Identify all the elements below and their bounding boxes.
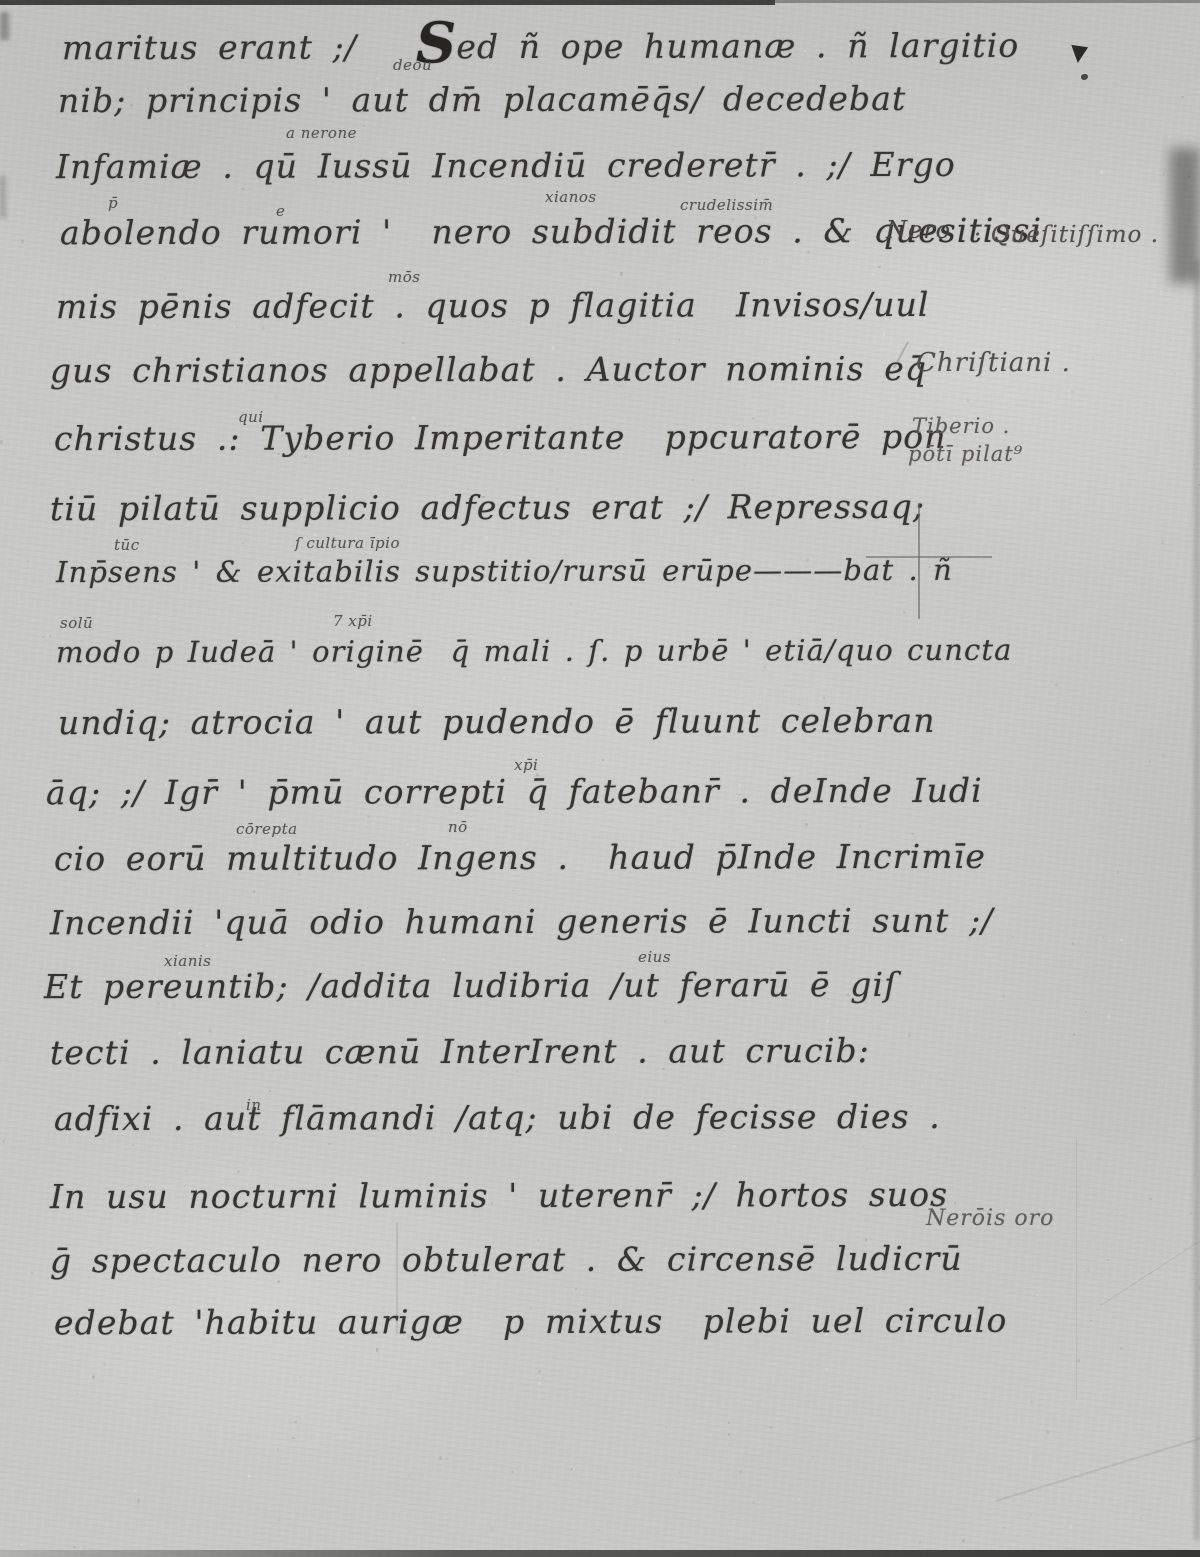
parchment-crease	[1076, 1140, 1077, 1400]
line-text: ḡ spectaculo nero obtulerat . & circensē…	[50, 1239, 963, 1280]
interlinear-gloss: ſ cultura īpio	[295, 534, 400, 552]
line-text: maritus erant ;/	[62, 27, 416, 67]
interlinear-gloss: e	[276, 202, 285, 220]
margin-note-quesitissimo: · Queſitiſſimo .	[974, 222, 1159, 248]
interlinear-gloss: xianis	[164, 952, 211, 970]
line-text: modo p Iudeā ' originē q̄ mali . ſ. p ur…	[56, 633, 1013, 670]
line-text: Infamiæ . qū Iussū Incendiū crederetr̄ .…	[56, 145, 956, 186]
edge-smudge	[0, 12, 9, 40]
text-line: christus .: Tyberio Imperitante ppcurato…	[54, 417, 947, 458]
interlinear-gloss: crudelissim̄	[680, 196, 773, 214]
interlinear-gloss: in	[246, 1096, 261, 1114]
margin-note-tiberio: Tiberio .	[912, 414, 1010, 438]
line-text: nib; principis ' aut dm̄ placamēq̄s/ dec…	[58, 79, 906, 120]
line-text: mis pēnis adfecit . quos p flagitia Invi…	[56, 285, 930, 326]
interlinear-gloss: a nerone	[286, 124, 357, 142]
text-line: gus christianos appellabat . Auctor nomi…	[50, 349, 927, 390]
line-text: Et pereuntib; /addita ludibria /ut ferar…	[44, 965, 898, 1006]
ink-dot-mark	[1081, 74, 1088, 80]
interlinear-gloss: deoū	[393, 56, 432, 74]
line-text: undiq; atrocia ' aut pudendo ē fluunt ce…	[58, 701, 936, 742]
parchment-crease	[396, 1222, 398, 1334]
interlinear-gloss: xp̄i	[514, 756, 538, 774]
parchment-scratch	[1100, 1205, 1200, 1307]
line-text: edebat 'habitu aurigæ p mixtus plebi uel…	[54, 1301, 1008, 1342]
interlinear-gloss: xianos	[545, 188, 597, 206]
interlinear-gloss: eius	[638, 948, 671, 966]
interlinear-gloss: p̄	[108, 194, 118, 212]
text-line: cio eorū multitudo Ingens . haud p̄Inde …	[54, 837, 986, 878]
text-line: Incendii 'quā odio humani generis ē Iunc…	[50, 901, 994, 942]
photo-edge-top	[775, 0, 1200, 3]
text-line: edebat 'habitu aurigæ p mixtus plebi uel…	[54, 1301, 1008, 1342]
text-line: Infamiæ . qū Iussū Incendiū crederetr̄ .…	[56, 145, 956, 186]
interlinear-gloss: solū	[60, 614, 93, 632]
line-text: tiū pilatū supplicio adfectus erat ;/ Re…	[50, 487, 925, 528]
text-line: adfixi . aut flāmandi /atq; ubi de fecis…	[54, 1097, 941, 1138]
text-line: undiq; atrocia ' aut pudendo ē fluunt ce…	[58, 701, 936, 742]
text-line: āq; ;/ Igr̄ ' p̄mū correpti q̄ fatebanr̄…	[46, 771, 983, 812]
interlinear-gloss: 7 xp̄i	[333, 612, 373, 630]
interlinear-gloss: qui	[238, 408, 264, 426]
margin-cross-mark	[866, 556, 992, 558]
edge-smudge	[0, 176, 6, 218]
ink-blot-mark	[1069, 45, 1088, 64]
line-text: christus .: Tyberio Imperitante ppcurato…	[54, 417, 947, 458]
line-text: āq; ;/ Igr̄ ' p̄mū correpti q̄ fatebanr̄…	[46, 771, 983, 812]
text-line: tiū pilatū supplicio adfectus erat ;/ Re…	[50, 487, 925, 528]
photo-edge-bottom	[0, 1550, 1200, 1557]
line-text: tecti . laniatu cænū InterIrent . aut cr…	[50, 1031, 870, 1072]
photo-edge-right	[1194, 260, 1200, 1540]
margin-cross-mark	[918, 503, 920, 619]
text-line: ḡ spectaculo nero obtulerat . & circensē…	[50, 1239, 963, 1280]
text-line: maritus erant ;/ Sed ñ ope humanæ . ñ la…	[62, 5, 1019, 74]
text-line: tecti . laniatu cænū InterIrent . aut cr…	[50, 1031, 870, 1072]
parchment-scratch	[995, 1424, 1200, 1502]
interlinear-gloss: nō	[448, 818, 468, 836]
line-text: Inp̄sens ' & exitabilis supstitio/rursū …	[56, 553, 953, 589]
manuscript-page-photo: maritus erant ;/ Sed ñ ope humanæ . ñ la…	[0, 0, 1200, 1557]
interlinear-gloss: cōrepta	[236, 820, 298, 838]
text-line: In usu nocturni luminis ' uterenr̄ ;/ ho…	[50, 1175, 948, 1216]
text-line: Et pereuntib; /addita ludibria /ut ferar…	[44, 965, 898, 1006]
line-text: cio eorū multitudo Ingens . haud p̄Inde …	[54, 837, 986, 878]
margin-note-pontio-pilato: pōtī pilat⁹	[908, 442, 1023, 466]
line-text: In usu nocturni luminis ' uterenr̄ ;/ ho…	[50, 1175, 948, 1216]
margin-note-christiani: Chriſtiani .	[916, 348, 1071, 378]
text-line: mis pēnis adfecit . quos p flagitia Invi…	[56, 285, 930, 326]
line-text: adfixi . aut flāmandi /atq; ubi de fecis…	[54, 1097, 941, 1138]
margin-note-neronis-orti: Nerōis oro	[926, 1206, 1054, 1231]
line-text: Incendii 'quā odio humani generis ē Iunc…	[50, 901, 994, 942]
text-line: Inp̄sens ' & exitabilis supstitio/rursū …	[56, 553, 953, 589]
margin-note-nero: Nero	[886, 216, 951, 244]
interlinear-gloss: mōs	[388, 268, 420, 286]
line-text: ed ñ ope humanæ . ñ largitio	[456, 26, 1019, 66]
interlinear-gloss: tūc	[114, 536, 140, 554]
photo-edge-top	[0, 0, 775, 5]
text-line: nib; principis ' aut dm̄ placamēq̄s/ dec…	[58, 79, 906, 120]
text-line: modo p Iudeā ' originē q̄ mali . ſ. p ur…	[56, 633, 1013, 670]
line-text: gus christianos appellabat . Auctor nomi…	[50, 349, 927, 390]
